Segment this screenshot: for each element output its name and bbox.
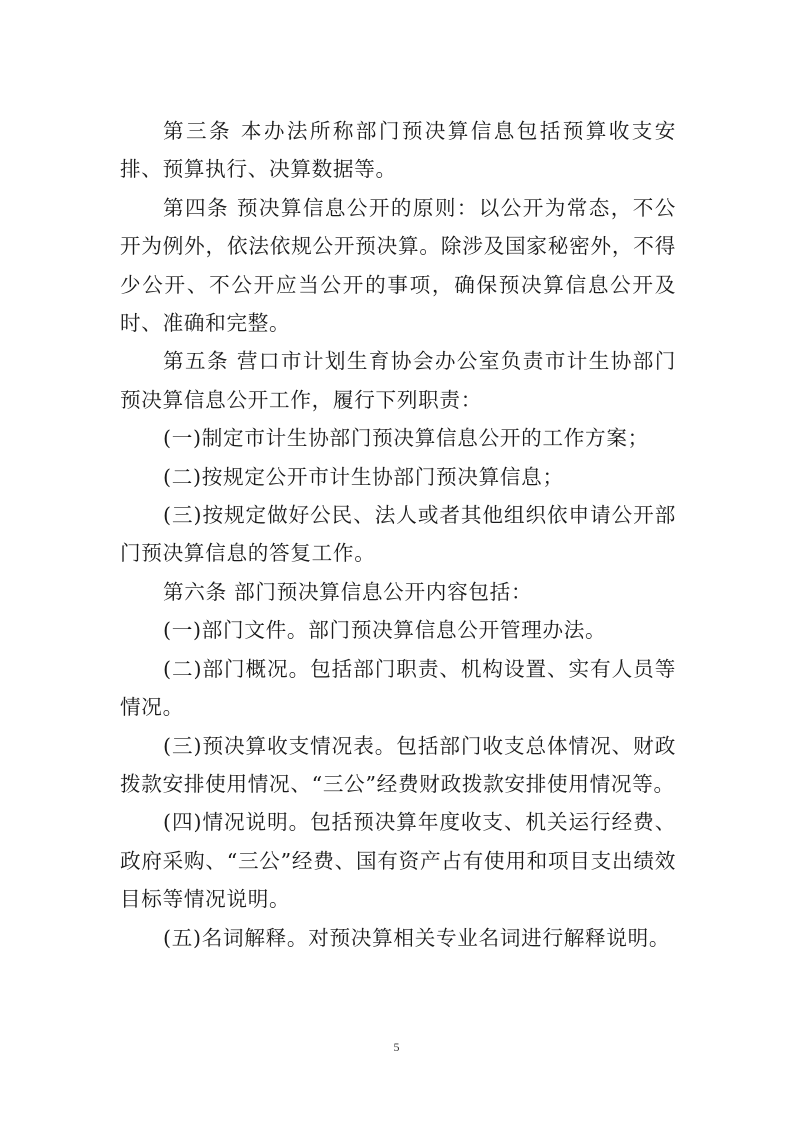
document-page-body: 第三条 本办法所称部门预决算信息包括预算收支安排、预算执行、决算数据等。 第四条… [120, 112, 676, 957]
article-6-item-4: (四)情况说明。包括预决算年度收支、机关运行经费、政府采购、“三公”经费、国有资… [120, 803, 676, 918]
article-5-paragraph: 第五条 营口市计划生育协会办公室负责市计生协部门预决算信息公开工作，履行下列职责… [120, 342, 676, 419]
article-4-paragraph: 第四条 预决算信息公开的原则：以公开为常态，不公开为例外，依法依规公开预决算。除… [120, 189, 676, 343]
article-6-item-1: (一)部门文件。部门预决算信息公开管理办法。 [120, 611, 676, 649]
article-3-paragraph: 第三条 本办法所称部门预决算信息包括预算收支安排、预算执行、决算数据等。 [120, 112, 676, 189]
article-5-item-1: (一)制定市计生协部门预决算信息公开的工作方案； [120, 419, 676, 457]
page-number: 5 [0, 1040, 793, 1055]
article-6-paragraph: 第六条 部门预决算信息公开内容包括： [120, 573, 676, 611]
article-6-item-3: (三)预决算收支情况表。包括部门收支总体情况、财政拨款安排使用情况、“三公”经费… [120, 727, 676, 804]
article-5-item-2: (二)按规定公开市计生协部门预决算信息； [120, 458, 676, 496]
article-6-item-5: (五)名词解释。对预决算相关专业名词进行解释说明。 [120, 919, 676, 957]
article-5-item-3: (三)按规定做好公民、法人或者其他组织依申请公开部门预决算信息的答复工作。 [120, 496, 676, 573]
article-6-item-2: (二)部门概况。包括部门职责、机构设置、实有人员等情况。 [120, 650, 676, 727]
